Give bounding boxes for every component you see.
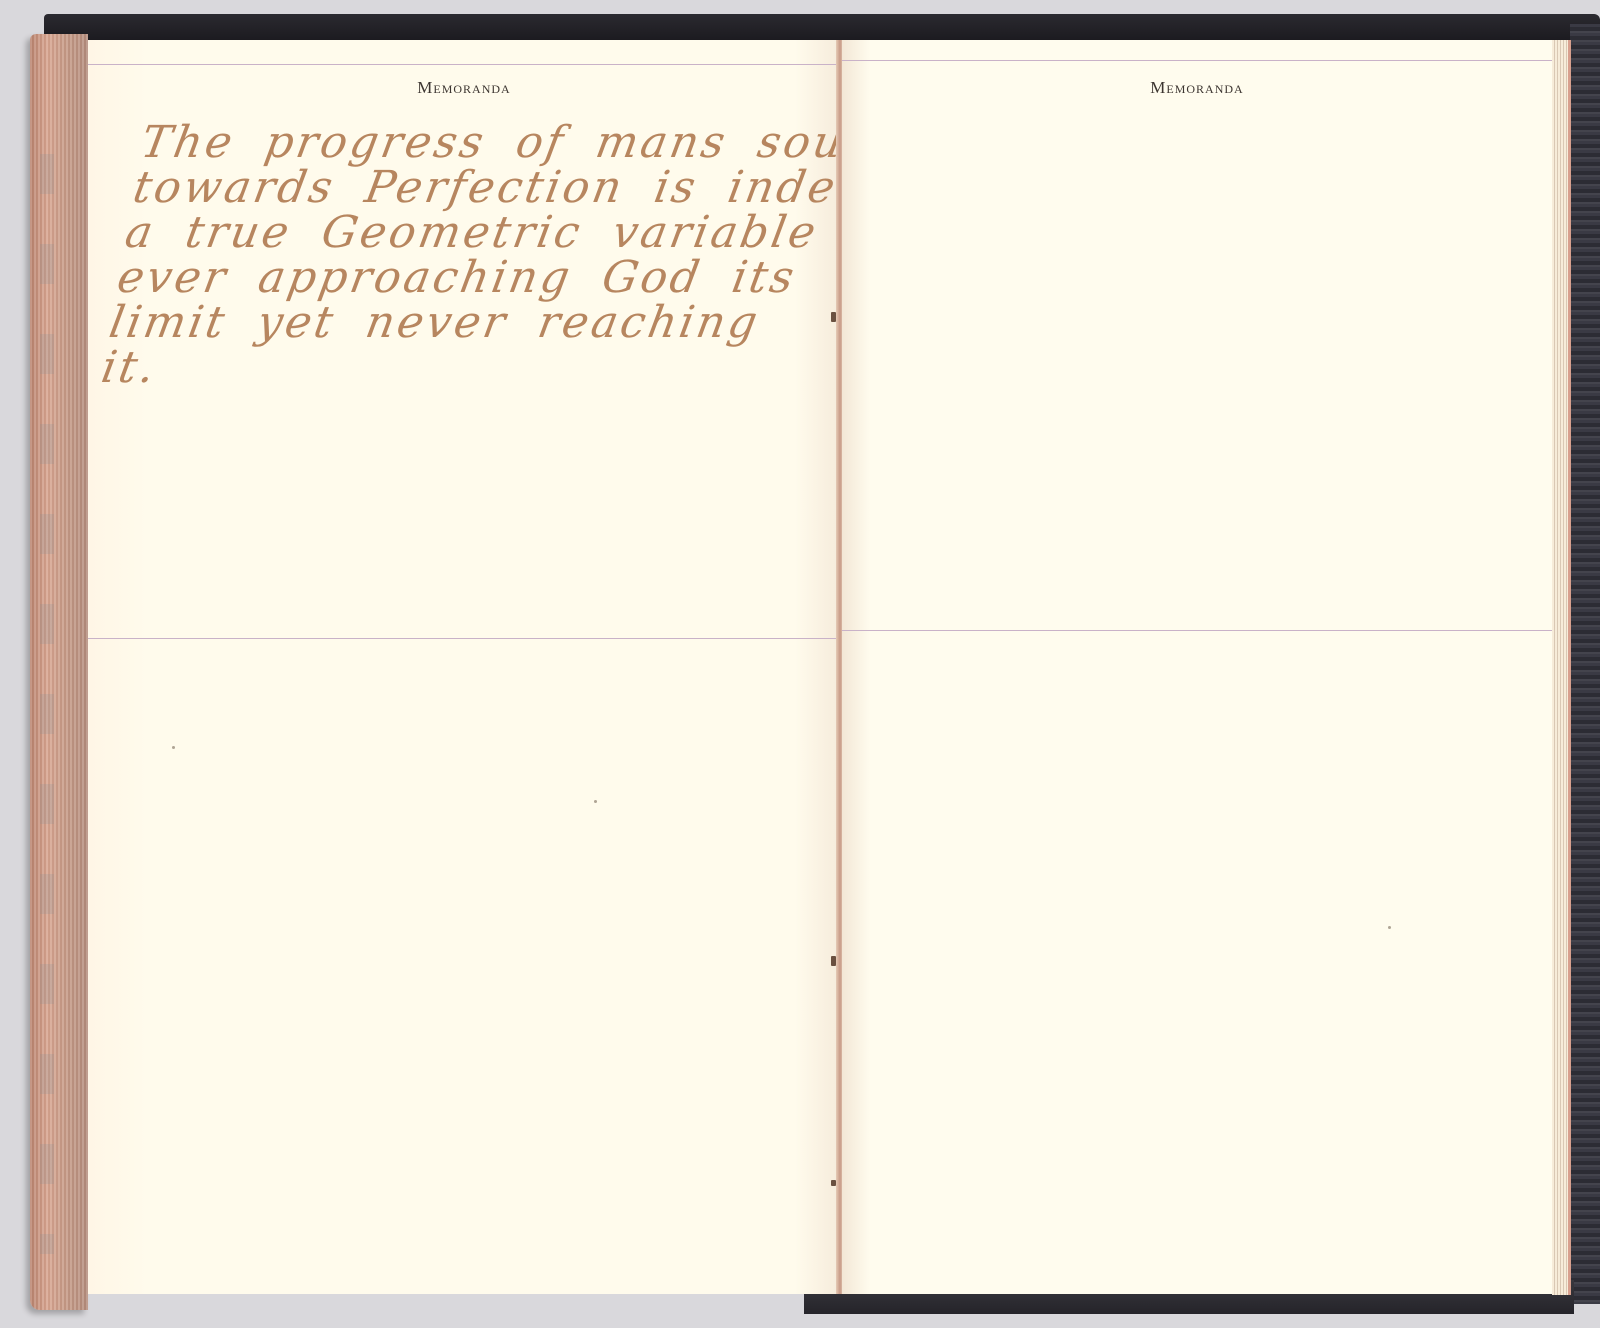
page-header: Memoranda — [88, 78, 840, 98]
top-rule-line — [842, 60, 1552, 61]
note-line: limit yet never reaching — [106, 300, 834, 345]
binding-stitch — [831, 1180, 836, 1186]
note-line: The progress of mans soul — [138, 120, 866, 165]
handwritten-note: The progress of mans soul towards Perfec… — [98, 120, 866, 390]
paper-speck — [594, 800, 597, 803]
binding-stitch — [831, 956, 836, 966]
binding-stitch — [831, 312, 836, 322]
book-cover-top — [44, 14, 1600, 40]
open-book: Memoranda The progress of mans soul towa… — [24, 14, 1600, 1314]
note-line: it. — [98, 345, 826, 390]
middle-rule-line — [842, 630, 1552, 631]
note-line: towards Perfection is indeed — [130, 165, 858, 210]
left-page: Memoranda The progress of mans soul towa… — [88, 40, 840, 1294]
page-edges-left — [30, 34, 88, 1310]
right-page: Memoranda — [842, 40, 1552, 1294]
page-header: Memoranda — [842, 78, 1552, 98]
book-cover-right — [1570, 24, 1600, 1304]
note-line: a true Geometric variable — [122, 210, 850, 255]
page-edges-right — [1552, 40, 1571, 1295]
paper-speck — [1388, 926, 1391, 929]
middle-rule-line — [88, 638, 840, 639]
note-line: ever approaching God its — [114, 255, 842, 300]
top-rule-line — [88, 64, 840, 65]
paper-speck — [172, 746, 175, 749]
